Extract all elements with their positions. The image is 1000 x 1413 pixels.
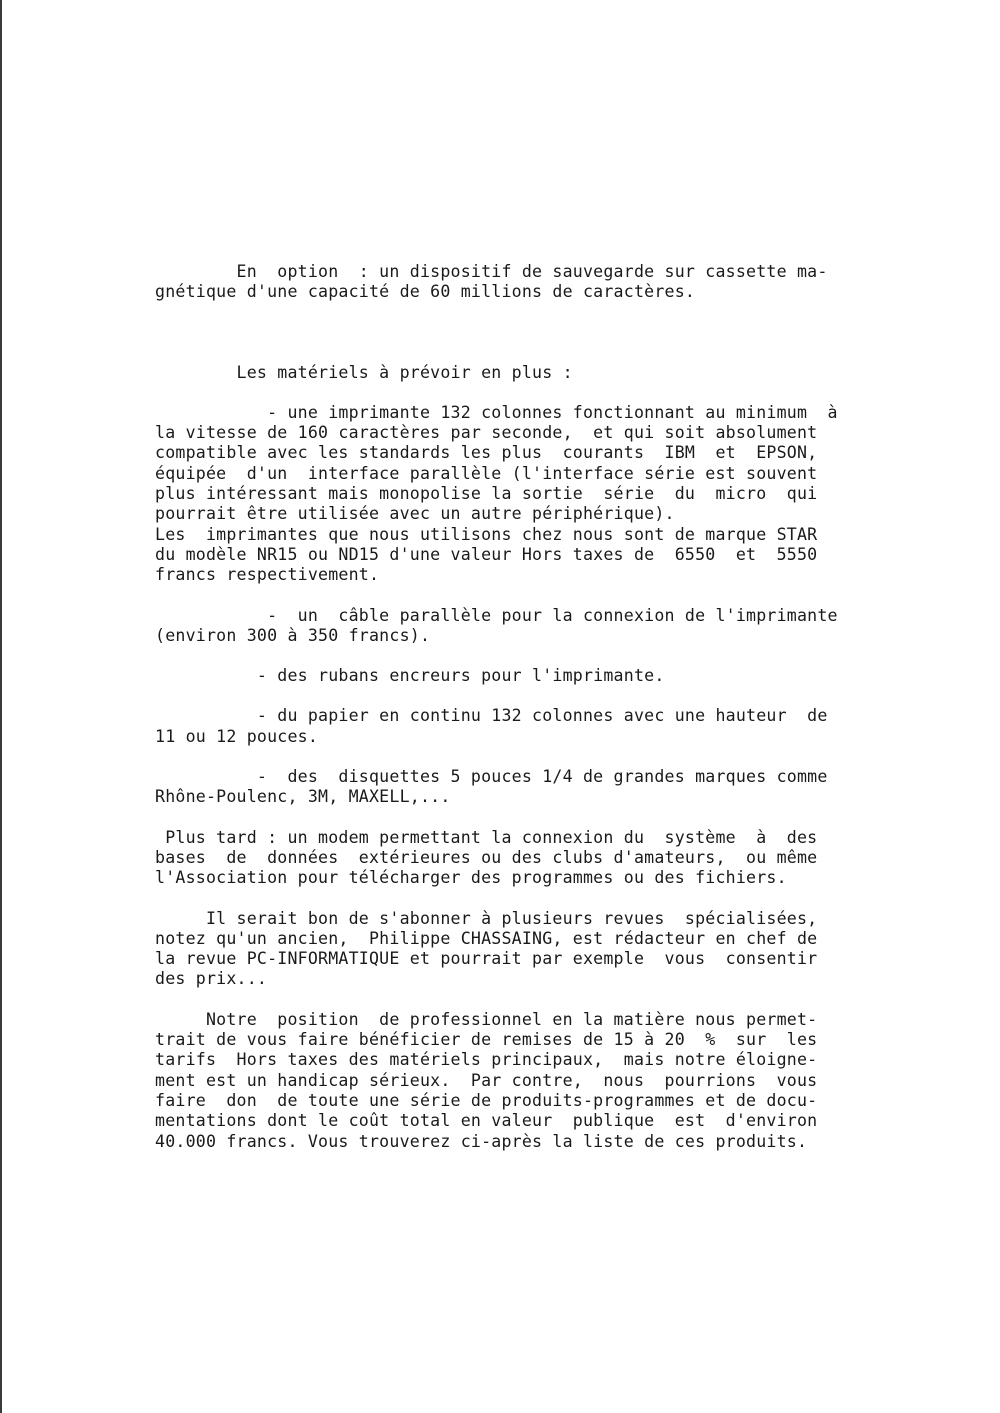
spacer [155,686,940,706]
spacer [155,646,940,666]
text-line: - une imprimante 132 colonnes fonctionna… [155,403,940,423]
page-left-edge [0,0,2,1413]
spacer [155,808,940,828]
text-line: trait de vous faire bénéficier de remise… [155,1030,940,1050]
text-line: compatible avec les standards les plus c… [155,443,940,463]
text-line: faire don de toute une série de produits… [155,1091,940,1111]
paragraph-modem: Plus tard : un modem permettant la conne… [155,828,940,889]
spacer [155,889,940,909]
text-line: - un câble parallèle pour la connexion d… [155,606,940,626]
text-line: Rhône-Poulenc, 3M, MAXELL,... [155,787,940,807]
text-line: gnétique d'une capacité de 60 millions d… [155,282,940,302]
text-line: pourrait être utilisée avec un autre pér… [155,504,940,524]
text-line: équipée d'un interface parallèle (l'inte… [155,464,940,484]
text-line: - des disquettes 5 pouces 1/4 de grandes… [155,767,940,787]
text-line: 11 ou 12 pouces. [155,727,940,747]
spacer [155,303,940,343]
text-line: notez qu'un ancien, Philippe CHASSAING, … [155,929,940,949]
spacer [155,586,940,606]
paragraph-revues: Il serait bon de s'abonner à plusieurs r… [155,909,940,990]
text-line: plus intéressant mais monopolise la sort… [155,484,940,504]
text-line: tarifs Hors taxes des matériels principa… [155,1050,940,1070]
text-line: (environ 300 à 350 francs). [155,626,940,646]
section-heading: Les matériels à prévoir en plus : [155,363,940,383]
spacer [155,990,940,1010]
text-line: la revue PC-INFORMATIQUE et pourrait par… [155,949,940,969]
text-line: Plus tard : un modem permettant la conne… [155,828,940,848]
text-line: du modèle NR15 ou ND15 d'une valeur Hors… [155,545,940,565]
text-line: En option : un dispositif de sauvegarde … [155,262,940,282]
spacer [155,747,940,767]
text-line: francs respectivement. [155,565,940,585]
paragraph-disquettes: - des disquettes 5 pouces 1/4 de grandes… [155,767,940,808]
text-line: des prix... [155,969,940,989]
paragraph-position: Notre position de professionnel en la ma… [155,1010,940,1152]
spacer [155,343,940,363]
paragraph-option: En option : un dispositif de sauvegarde … [155,262,940,303]
text-line: - des rubans encreurs pour l'imprimante. [155,666,940,686]
text-line: ment est un handicap sérieux. Par contre… [155,1071,940,1091]
paragraph-cable: - un câble parallèle pour la connexion d… [155,606,940,647]
paragraph-rubans: - des rubans encreurs pour l'imprimante. [155,666,940,686]
text-line: - du papier en continu 132 colonnes avec… [155,706,940,726]
document-page: En option : un dispositif de sauvegarde … [155,262,940,1152]
spacer [155,383,940,403]
text-line: Notre position de professionnel en la ma… [155,1010,940,1030]
text-line: l'Association pour télécharger des progr… [155,868,940,888]
paragraph-papier: - du papier en continu 132 colonnes avec… [155,706,940,747]
text-line: la vitesse de 160 caractères par seconde… [155,423,940,443]
paragraph-imprimante: - une imprimante 132 colonnes fonctionna… [155,403,940,586]
text-line: bases de données extérieures ou des club… [155,848,940,868]
paragraph-materiels-heading: Les matériels à prévoir en plus : [155,363,940,383]
text-line: Les imprimantes que nous utilisons chez … [155,525,940,545]
text-line: 40.000 francs. Vous trouverez ci-après l… [155,1132,940,1152]
text-line: mentations dont le coût total en valeur … [155,1111,940,1131]
text-line: Il serait bon de s'abonner à plusieurs r… [155,909,940,929]
